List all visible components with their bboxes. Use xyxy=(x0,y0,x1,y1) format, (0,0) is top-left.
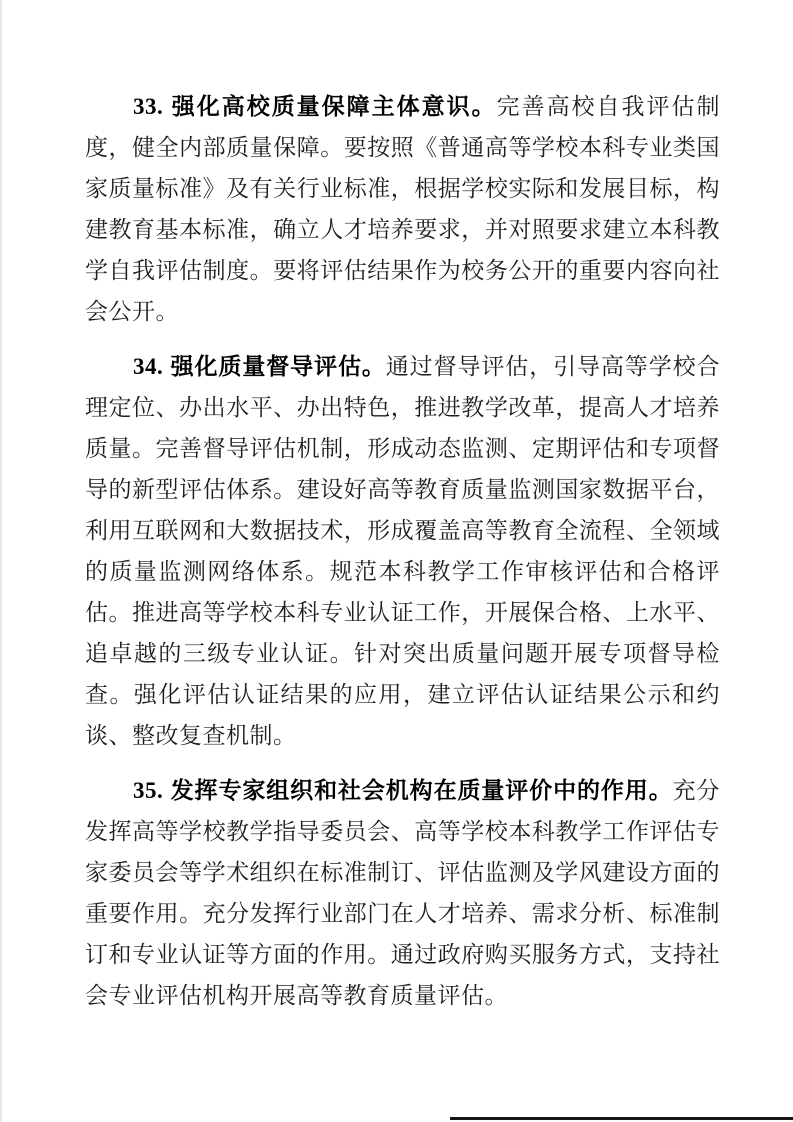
bottom-scan-artifact xyxy=(450,1117,793,1120)
paragraph-35-heading: 35.发挥专家组织和社会机构在质量评价中的作用。 xyxy=(133,778,673,803)
document-page: 33.强化高校质量保障主体意识。完善高校自我评估制度，健全内部质量保障。要按照《… xyxy=(0,0,793,1122)
paragraph-34-number: 34. xyxy=(133,354,163,379)
document-text-block: 33.强化高校质量保障主体意识。完善高校自我评估制度，健全内部质量保障。要按照《… xyxy=(85,86,720,1016)
paragraph-33-body: 完善高校自我评估制度，健全内部质量保障。要按照《普通高等学校本科专业类国家质量标… xyxy=(85,94,720,324)
page-left-edge-shadow xyxy=(0,0,2,1122)
paragraph-35-body: 充分发挥高等学校教学指导委员会、高等学校本科教学工作评估专家委员会等学术组织在标… xyxy=(85,778,720,1008)
paragraph-35-number: 35. xyxy=(133,778,163,803)
paragraph-34-body: 通过督导评估，引导高等学校合理定位、办出水平、办出特色，推进教学改革，提高人才培… xyxy=(85,354,720,748)
paragraph-34-heading: 34.强化质量督导评估。 xyxy=(133,354,386,379)
paragraph-35-heading-text: 发挥专家组织和社会机构在质量评价中的作用。 xyxy=(170,778,672,803)
paragraph-35: 35.发挥专家组织和社会机构在质量评价中的作用。充分发挥高等学校教学指导委员会、… xyxy=(85,770,720,1016)
paragraph-33: 33.强化高校质量保障主体意识。完善高校自我评估制度，健全内部质量保障。要按照《… xyxy=(85,86,720,332)
paragraph-34: 34.强化质量督导评估。通过督导评估，引导高等学校合理定位、办出水平、办出特色，… xyxy=(85,346,720,756)
paragraph-33-number: 33. xyxy=(133,94,163,119)
paragraph-34-heading-text: 强化质量督导评估。 xyxy=(170,354,386,379)
paragraph-33-heading: 33.强化高校质量保障主体意识。 xyxy=(133,94,497,119)
paragraph-33-heading-text: 强化高校质量保障主体意识。 xyxy=(170,94,496,119)
